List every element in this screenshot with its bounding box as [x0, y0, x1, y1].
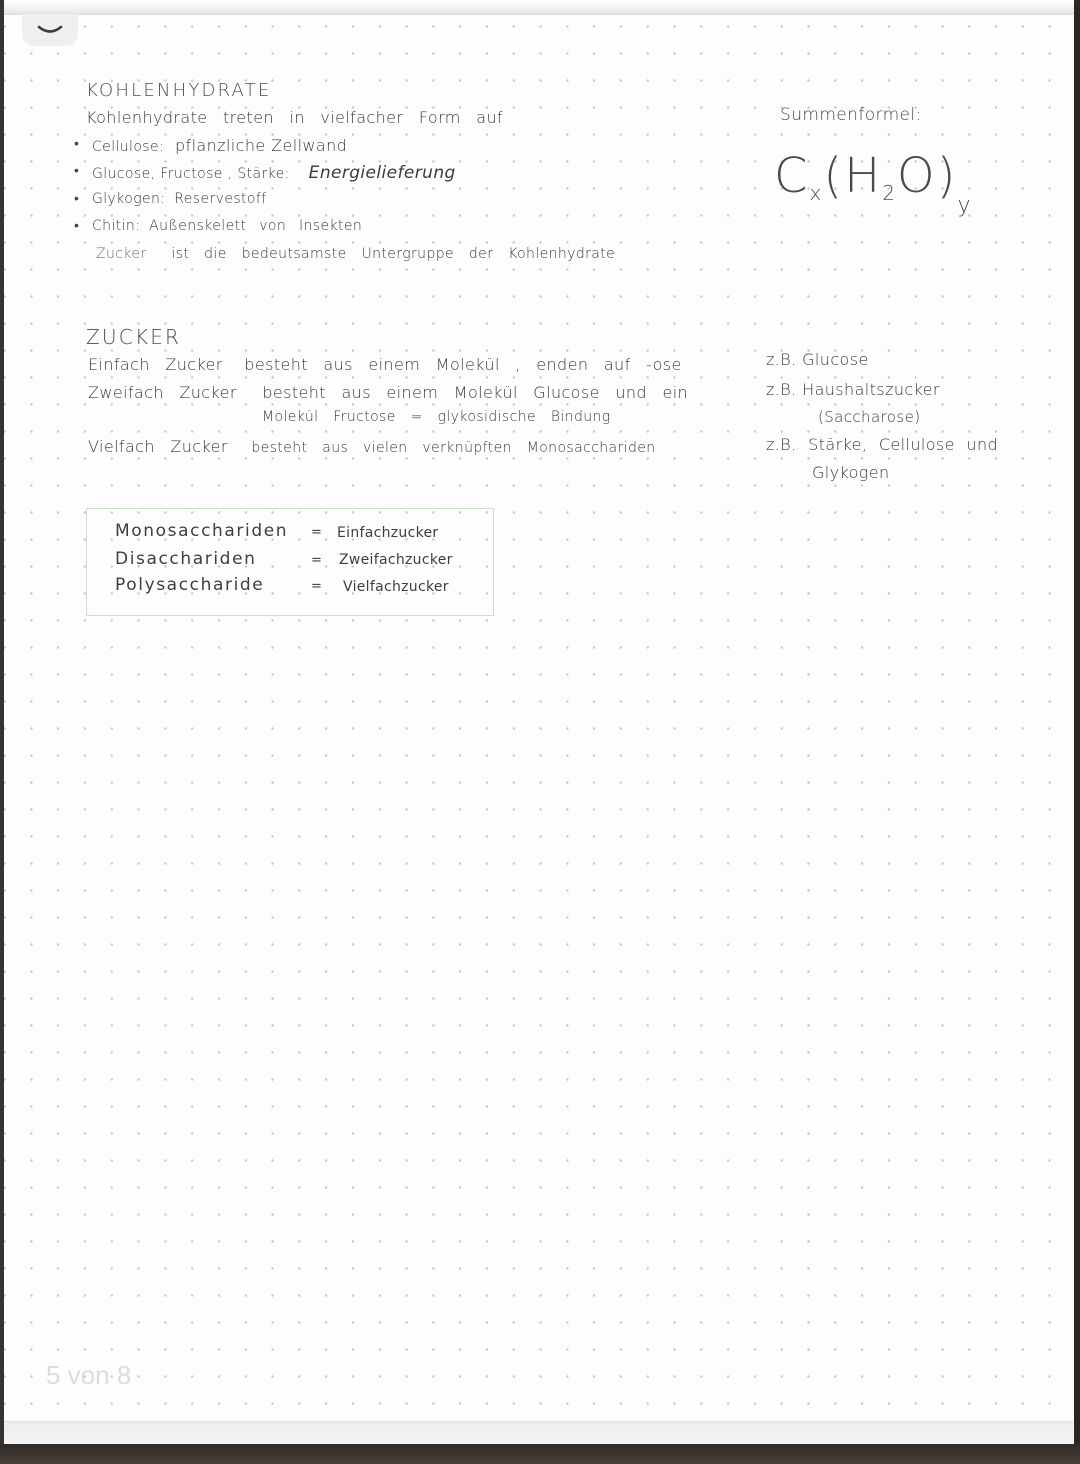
note-page: KOHLENHYDRATE Kohlenhydrate treten in vi…	[4, 0, 1074, 1444]
page-indicator: 5 von 8	[46, 1360, 131, 1391]
zucker-text: besteht aus einem Molekül Glucose und ei…	[262, 383, 688, 402]
definition-equals: =	[311, 525, 322, 540]
definition-equals: =	[311, 553, 322, 568]
bullet-item: Chitin: Außenskelett von Insekten	[92, 218, 362, 234]
formula-y: y	[957, 193, 972, 218]
zucker-text: besteht aus vielen verknüpften Monosacch…	[251, 440, 655, 456]
bullet-item: Cellulose: pflanzliche Zellwand	[92, 136, 347, 155]
collapse-button[interactable]	[22, 14, 78, 46]
formula-o: O	[897, 148, 937, 204]
chevron-down-icon	[36, 24, 64, 36]
formula-paren-close: )	[937, 148, 958, 204]
bullet-desc: Energielieferung	[309, 163, 456, 183]
zucker-line: Molekül Fructose = glykosidische Bindung	[262, 409, 611, 425]
example-text: (Saccharose)	[818, 408, 920, 426]
zucker-line: Vielfach Zucker besteht aus vielen verkn…	[88, 437, 656, 456]
formula-h: H	[844, 148, 882, 204]
zucker-label: Einfach Zucker	[88, 355, 223, 374]
example-text: z.B. Glucose	[766, 350, 869, 369]
device-frame-bottom	[0, 1444, 1080, 1464]
bullet-desc: Reservestoff	[174, 191, 266, 207]
zucker-label: Zweifach Zucker	[88, 383, 237, 402]
example-text: z.B. Stärke, Cellulose und	[766, 435, 998, 454]
bullet-item: Glucose, Fructose , Stärke: Energieliefe…	[92, 163, 456, 183]
definition-value: Vielfachzucker	[343, 579, 449, 595]
zucker-line: Zweifach Zucker besteht aus einem Molekü…	[88, 383, 688, 402]
definition-value: Zweifachzucker	[339, 552, 453, 568]
bullet-term: Glykogen:	[92, 191, 165, 207]
zucker-line: Einfach Zucker besteht aus einem Molekül…	[88, 355, 682, 374]
section-heading-zucker: ZUCKER	[86, 325, 181, 349]
definition-box: Monosacchariden = Einfachzucker Disaccha…	[86, 508, 494, 616]
bullet-term: Glucose, Fructose , Stärke:	[92, 166, 290, 182]
zucker-text: besteht aus einem Molekül , enden auf -o…	[244, 355, 681, 374]
zucker-text: Molekül Fructose = glykosidische Bindung	[262, 409, 611, 425]
bullet-desc: Außenskelett von Insekten	[149, 218, 362, 234]
summenformel-formula: Cx(H2O)y	[774, 148, 972, 218]
section-heading-kohlenhydrate: KOHLENHYDRATE	[86, 80, 271, 101]
page-top-edge	[4, 0, 1074, 15]
bullet-item: Glykogen: Reservestoff	[92, 191, 267, 207]
kohlenhydrate-intro: Kohlenhydrate treten in vielfacher Form …	[86, 108, 503, 127]
formula-paren-open: (	[823, 148, 844, 204]
zucker-label: Vielfach Zucker	[88, 437, 228, 456]
summary-text: ist die bedeutsamste Untergruppe der Koh…	[171, 246, 615, 262]
definition-term: Polysaccharide	[115, 575, 264, 595]
formula-x: x	[810, 181, 824, 205]
summenformel-label: Summenformel:	[780, 105, 922, 125]
definition-term: Monosacchariden	[115, 521, 288, 541]
definition-value: Einfachzucker	[337, 525, 438, 541]
bullet-desc: pflanzliche Zellwand	[175, 136, 347, 155]
kohlenhydrate-summary: Zucker ist die bedeutsamste Untergruppe …	[96, 246, 615, 262]
page-bottom-edge	[4, 1421, 1074, 1444]
formula-2: 2	[882, 181, 897, 205]
example-text: Glykogen	[812, 463, 890, 482]
highlight-zucker: Zucker	[96, 246, 147, 262]
example-text: z.B. Haushaltszucker	[766, 380, 940, 399]
bullet-term: Chitin:	[92, 218, 140, 234]
formula-c: C	[774, 148, 810, 204]
definition-term: Disacchariden	[115, 549, 257, 569]
bullet-term: Cellulose:	[92, 139, 164, 155]
definition-equals: =	[311, 579, 322, 594]
